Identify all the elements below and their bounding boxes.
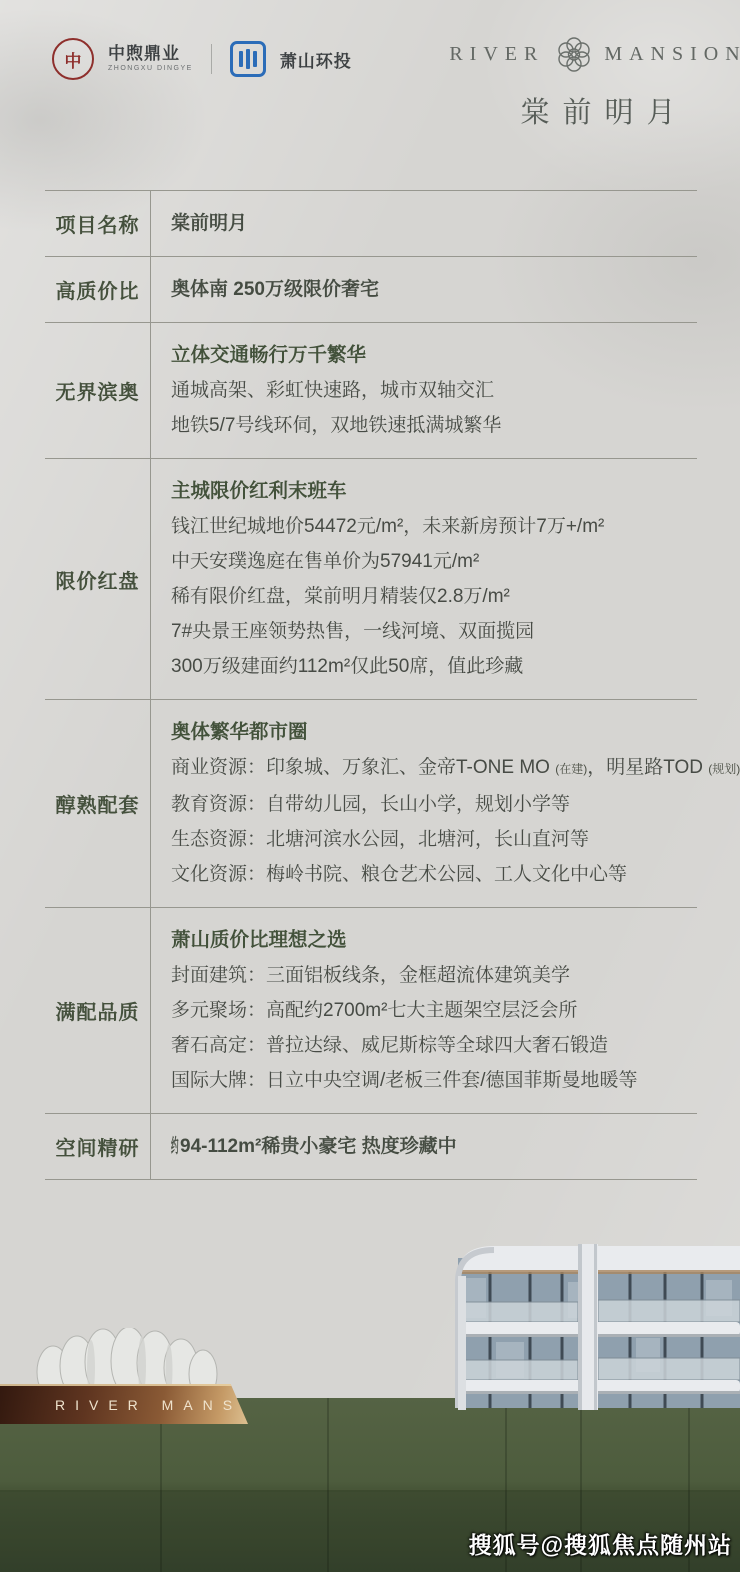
content-line: 奥体南 250万级限价奢宅 bbox=[171, 272, 689, 307]
row-content: 立体交通畅行万千繁华通城高架、彩虹快速路，城市双轴交汇地铁5/7号线环伺，双地铁… bbox=[151, 323, 697, 458]
content-line: 奢石高定：普拉达绿、威尼斯棕等全球四大奢石锻造 bbox=[171, 1028, 689, 1063]
row-label: 限价红盘 bbox=[45, 459, 151, 699]
flower-icon bbox=[554, 34, 594, 74]
content-line: 国际大牌：日立中央空调/老板三件套/德国菲斯曼地暖等 bbox=[171, 1063, 689, 1098]
table-row: 空间精研约94-112m²稀贵小豪宅 热度珍藏中 bbox=[45, 1114, 697, 1179]
row-label: 空间精研 bbox=[45, 1114, 151, 1179]
brand-en-right: MANSION bbox=[604, 43, 740, 66]
red-seal-icon: 中 bbox=[52, 38, 94, 80]
logo-divider bbox=[211, 44, 212, 74]
content-line: 300万级建面约112m²仅此50席，值此珍藏 bbox=[171, 649, 689, 684]
developer-1-name: 中煦鼎业 bbox=[108, 45, 193, 63]
content-line: 地铁5/7号线环伺，双地铁速抵满城繁华 bbox=[171, 408, 689, 443]
content-line: 棠前明月 bbox=[171, 206, 689, 241]
row-content: 奥体繁华都市圈商业资源：印象城、万象汇、金帝T-ONE MO (在建)，明星路T… bbox=[151, 700, 740, 907]
content-line: 约94-112m²稀贵小豪宅 热度珍藏中 bbox=[171, 1129, 689, 1164]
developer-1: 中煦鼎业 ZHONGXU DINGYE bbox=[108, 45, 193, 72]
content-line: 萧山质价比理想之选 bbox=[171, 923, 689, 958]
table-row: 满配品质萧山质价比理想之选封面建筑：三面铝板线条，金框超流体建筑美学多元聚场：高… bbox=[45, 908, 697, 1114]
watermark-text: 搜狐号@搜狐焦点随州站 bbox=[469, 1527, 732, 1560]
row-content: 约94-112m²稀贵小豪宅 热度珍藏中 bbox=[151, 1114, 697, 1179]
content-line: 中天安璞逸庭在售单价为57941元/m² bbox=[171, 544, 689, 579]
developer-1-subtitle: ZHONGXU DINGYE bbox=[108, 65, 193, 72]
developer-2-name: 萧山环投 bbox=[280, 47, 352, 72]
building-render bbox=[450, 1238, 740, 1410]
content-line: 钱江世纪城地价54472元/m²，未来新房预计7万+/m² bbox=[171, 509, 689, 544]
row-label: 无界滨奥 bbox=[45, 323, 151, 458]
row-content: 主城限价红利末班车钱江世纪城地价54472元/m²，未来新房预计7万+/m²中天… bbox=[151, 459, 697, 699]
brand-en-left: RIVER bbox=[449, 43, 544, 66]
content-line: 封面建筑：三面铝板线条，金框超流体建筑美学 bbox=[171, 958, 689, 993]
table-row: 高质价比奥体南 250万级限价奢宅 bbox=[45, 257, 697, 323]
row-label: 满配品质 bbox=[45, 908, 151, 1113]
brand-block: RIVER MANSION 棠前明月 bbox=[478, 34, 718, 131]
content-line: 奥体繁华都市圈 bbox=[171, 715, 740, 750]
content-line: 主城限价红利末班车 bbox=[171, 474, 689, 509]
content-line: 7#央景王座领势热售，一线河境、双面揽园 bbox=[171, 614, 689, 649]
info-table: 项目名称棠前明月高质价比奥体南 250万级限价奢宅无界滨奥立体交通畅行万千繁华通… bbox=[45, 190, 697, 1180]
developer-logos: 中 中煦鼎业 ZHONGXU DINGYE 萧山环投 bbox=[52, 38, 352, 80]
content-line: 稀有限价红盘，棠前明月精装仅2.8万/m² bbox=[171, 579, 689, 614]
content-line: 文化资源：梅岭书院、粮仓艺术公园、工人文化中心等 bbox=[171, 857, 740, 892]
brand-cn-title: 棠前明月 bbox=[478, 90, 718, 131]
row-label: 高质价比 bbox=[45, 257, 151, 322]
table-row: 限价红盘主城限价红利末班车钱江世纪城地价54472元/m²，未来新房预计7万+/… bbox=[45, 459, 697, 700]
content-line: 教育资源：自带幼儿园，长山小学，规划小学等 bbox=[171, 787, 740, 822]
table-row: 无界滨奥立体交通畅行万千繁华通城高架、彩虹快速路，城市双轴交汇地铁5/7号线环伺… bbox=[45, 323, 697, 459]
content-line: 通城高架、彩虹快速路，城市双轴交汇 bbox=[171, 373, 689, 408]
blue-square-icon bbox=[230, 41, 266, 77]
row-label: 项目名称 bbox=[45, 191, 151, 256]
table-row: 项目名称棠前明月 bbox=[45, 191, 697, 257]
row-content: 棠前明月 bbox=[151, 191, 697, 256]
row-content: 萧山质价比理想之选封面建筑：三面铝板线条，金框超流体建筑美学多元聚场：高配约27… bbox=[151, 908, 697, 1113]
content-line: 立体交通畅行万千繁华 bbox=[171, 338, 689, 373]
row-label: 醇熟配套 bbox=[45, 700, 151, 907]
wall-horizontal-seam bbox=[0, 1490, 740, 1492]
row-content: 奥体南 250万级限价奢宅 bbox=[151, 257, 697, 322]
content-line: 生态资源：北塘河滨水公园，北塘河，长山直河等 bbox=[171, 822, 740, 857]
content-line: 商业资源：印象城、万象汇、金帝T-ONE MO (在建)，明星路TOD (规划)… bbox=[171, 750, 740, 787]
river-mansion-plaque: RIVER MANSION bbox=[0, 1384, 248, 1424]
poster-page: 中 中煦鼎业 ZHONGXU DINGYE 萧山环投 RIVER MANSION… bbox=[0, 0, 740, 1572]
content-line: 多元聚场：高配约2700m²七大主题架空层泛会所 bbox=[171, 993, 689, 1028]
table-row: 醇熟配套奥体繁华都市圈商业资源：印象城、万象汇、金帝T-ONE MO (在建)，… bbox=[45, 700, 697, 908]
